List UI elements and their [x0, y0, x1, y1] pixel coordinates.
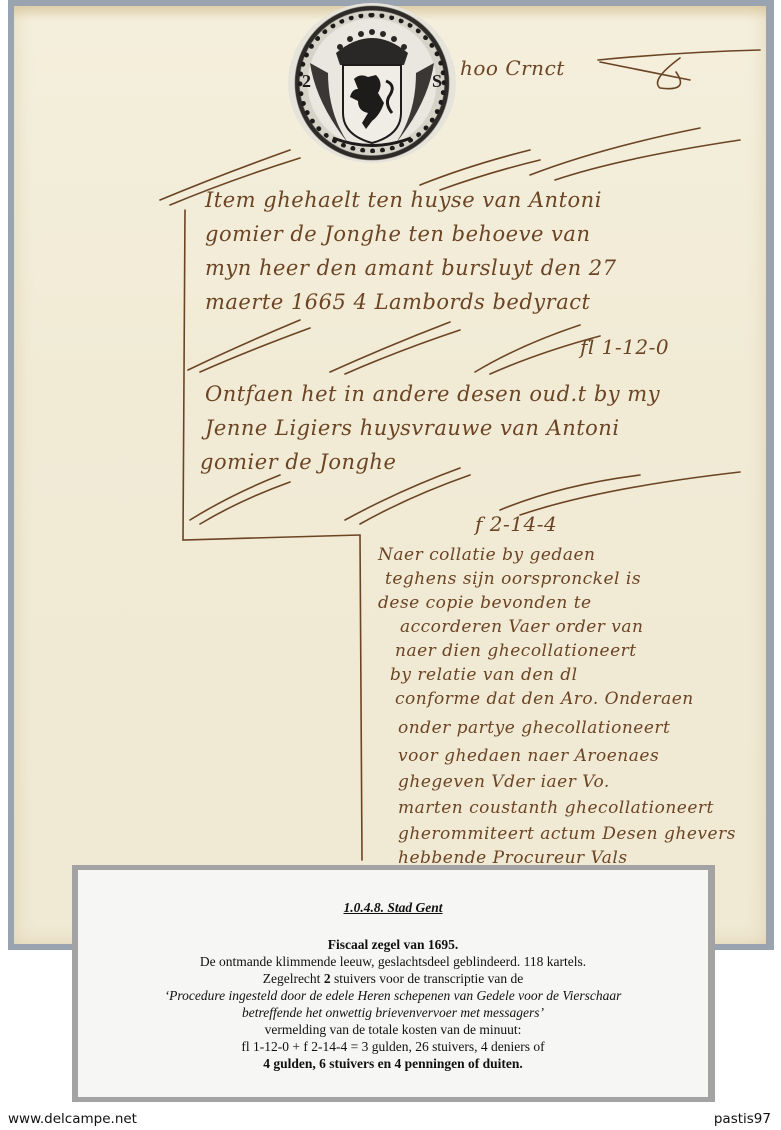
caption-title: 1.0.4.8. Stad Gent [78, 899, 708, 916]
caption-description: De ontmande klimmende leeuw, geslachtsde… [78, 953, 708, 970]
fiscal-seal-stamp: 2 S [288, 3, 456, 163]
handwriting-line: teghens sijn oorspronckel is [385, 569, 641, 589]
handwriting-line: Item ghehaelt ten huyse van Antoni [205, 188, 602, 212]
handwriting-line: myn heer den amant bursluyt den 27 [205, 256, 617, 280]
caption-costs-intro: vermelding van de totale kosten van de m… [78, 1021, 708, 1038]
caption-heading: Fiscaal zegel van 1695. [78, 936, 708, 953]
handwriting-line: onder partye ghecollationeert [398, 718, 670, 738]
handwriting-line: Naer collatie by gedaen [378, 545, 595, 565]
caption-value: 2 [324, 971, 331, 986]
seller-watermark: pastis97 [714, 1111, 771, 1127]
site-watermark: www.delcampe.net [8, 1111, 137, 1127]
handwriting-line: naer dien ghecollationeert [395, 641, 637, 661]
amount-second: f 2-14-4 [475, 512, 557, 536]
handwriting-line: marten coustanth ghecollationeert [398, 798, 714, 818]
handwriting-line: gomier de Jonghe ten behoeve van [205, 222, 590, 246]
seal-value-right: S [432, 71, 442, 92]
amount-first: fl 1-12-0 [580, 335, 669, 359]
handwriting-line: by relatie van den dl [390, 665, 578, 685]
caption-procedure-title: ‘Procedure ingesteld door de edele Heren… [78, 987, 708, 1004]
caption-procedure-title-cont: betreffende het onwettig brievenvervoer … [78, 1004, 708, 1021]
handwriting-line: gomier de Jonghe [200, 450, 396, 474]
handwriting-line: Jenne Ligiers huysvrauwe van Antoni [205, 416, 620, 440]
handwriting-line: accorderen Vaer order van [400, 617, 644, 637]
handwriting-line: ghegeven Vder iaer Vo. [398, 772, 610, 792]
caption-stamp-duty: Zegelrecht 2 stuivers voor de transcript… [78, 970, 708, 987]
handwriting-line: conforme dat den Aro. Onderaen [395, 689, 694, 709]
handwriting-line: maerte 1665 4 Lambords bedyract [205, 290, 590, 314]
header-signature: hoo Crnct [460, 56, 565, 80]
caption-card: 1.0.4.8. Stad Gent Fiscaal zegel van 169… [78, 870, 708, 1097]
seal-value-left: 2 [302, 71, 311, 92]
caption-text: Zegelrecht [263, 971, 324, 986]
caption-costs-total: 4 gulden, 6 stuivers en 4 penningen of d… [78, 1055, 708, 1072]
handwriting-line: dese copie bevonden te [378, 593, 592, 613]
handwriting-line: gherommiteert actum Desen ghevers [398, 824, 736, 844]
caption-text: stuivers voor de transcriptie van de [331, 971, 524, 986]
lion-shield-crown-icon [288, 3, 456, 163]
handwriting-line: Ontfaen het in andere desen oud.t by my [205, 382, 660, 406]
caption-costs-sum: fl 1-12-0 + f 2-14-4 = 3 gulden, 26 stui… [78, 1038, 708, 1055]
handwriting-line: voor ghedaen naer Aroenaes [398, 746, 659, 766]
